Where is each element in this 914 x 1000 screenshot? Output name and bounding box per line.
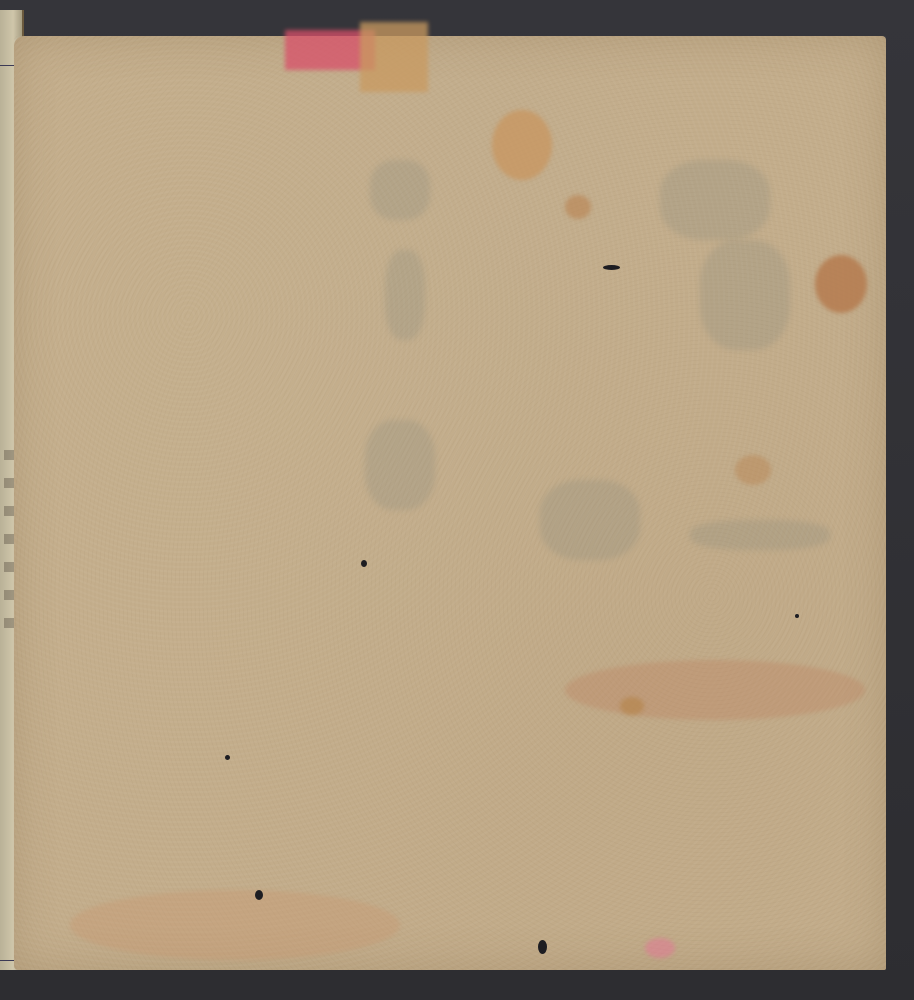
ink-spot — [255, 890, 263, 900]
water-stain — [70, 890, 400, 960]
bleed-through-mark — [700, 240, 790, 350]
ink-spot — [603, 265, 620, 270]
ink-spot — [538, 940, 547, 954]
bleed-through-mark — [370, 160, 430, 220]
ink-spot — [361, 560, 367, 567]
water-stain — [735, 455, 771, 485]
ink-spot — [795, 614, 799, 618]
bleed-through-mark — [540, 480, 640, 560]
bleed-through-mark — [365, 420, 435, 510]
water-stain — [620, 697, 644, 715]
orange-seal — [360, 22, 428, 92]
ink-spot — [225, 755, 230, 760]
bleed-through-mark — [660, 160, 770, 240]
bleed-through-mark — [385, 250, 425, 340]
bleed-through-mark — [690, 520, 830, 550]
water-stain — [492, 110, 552, 180]
water-stain — [565, 660, 865, 720]
water-stain — [815, 255, 867, 313]
pink-mark — [645, 938, 675, 958]
water-stain — [565, 195, 591, 219]
